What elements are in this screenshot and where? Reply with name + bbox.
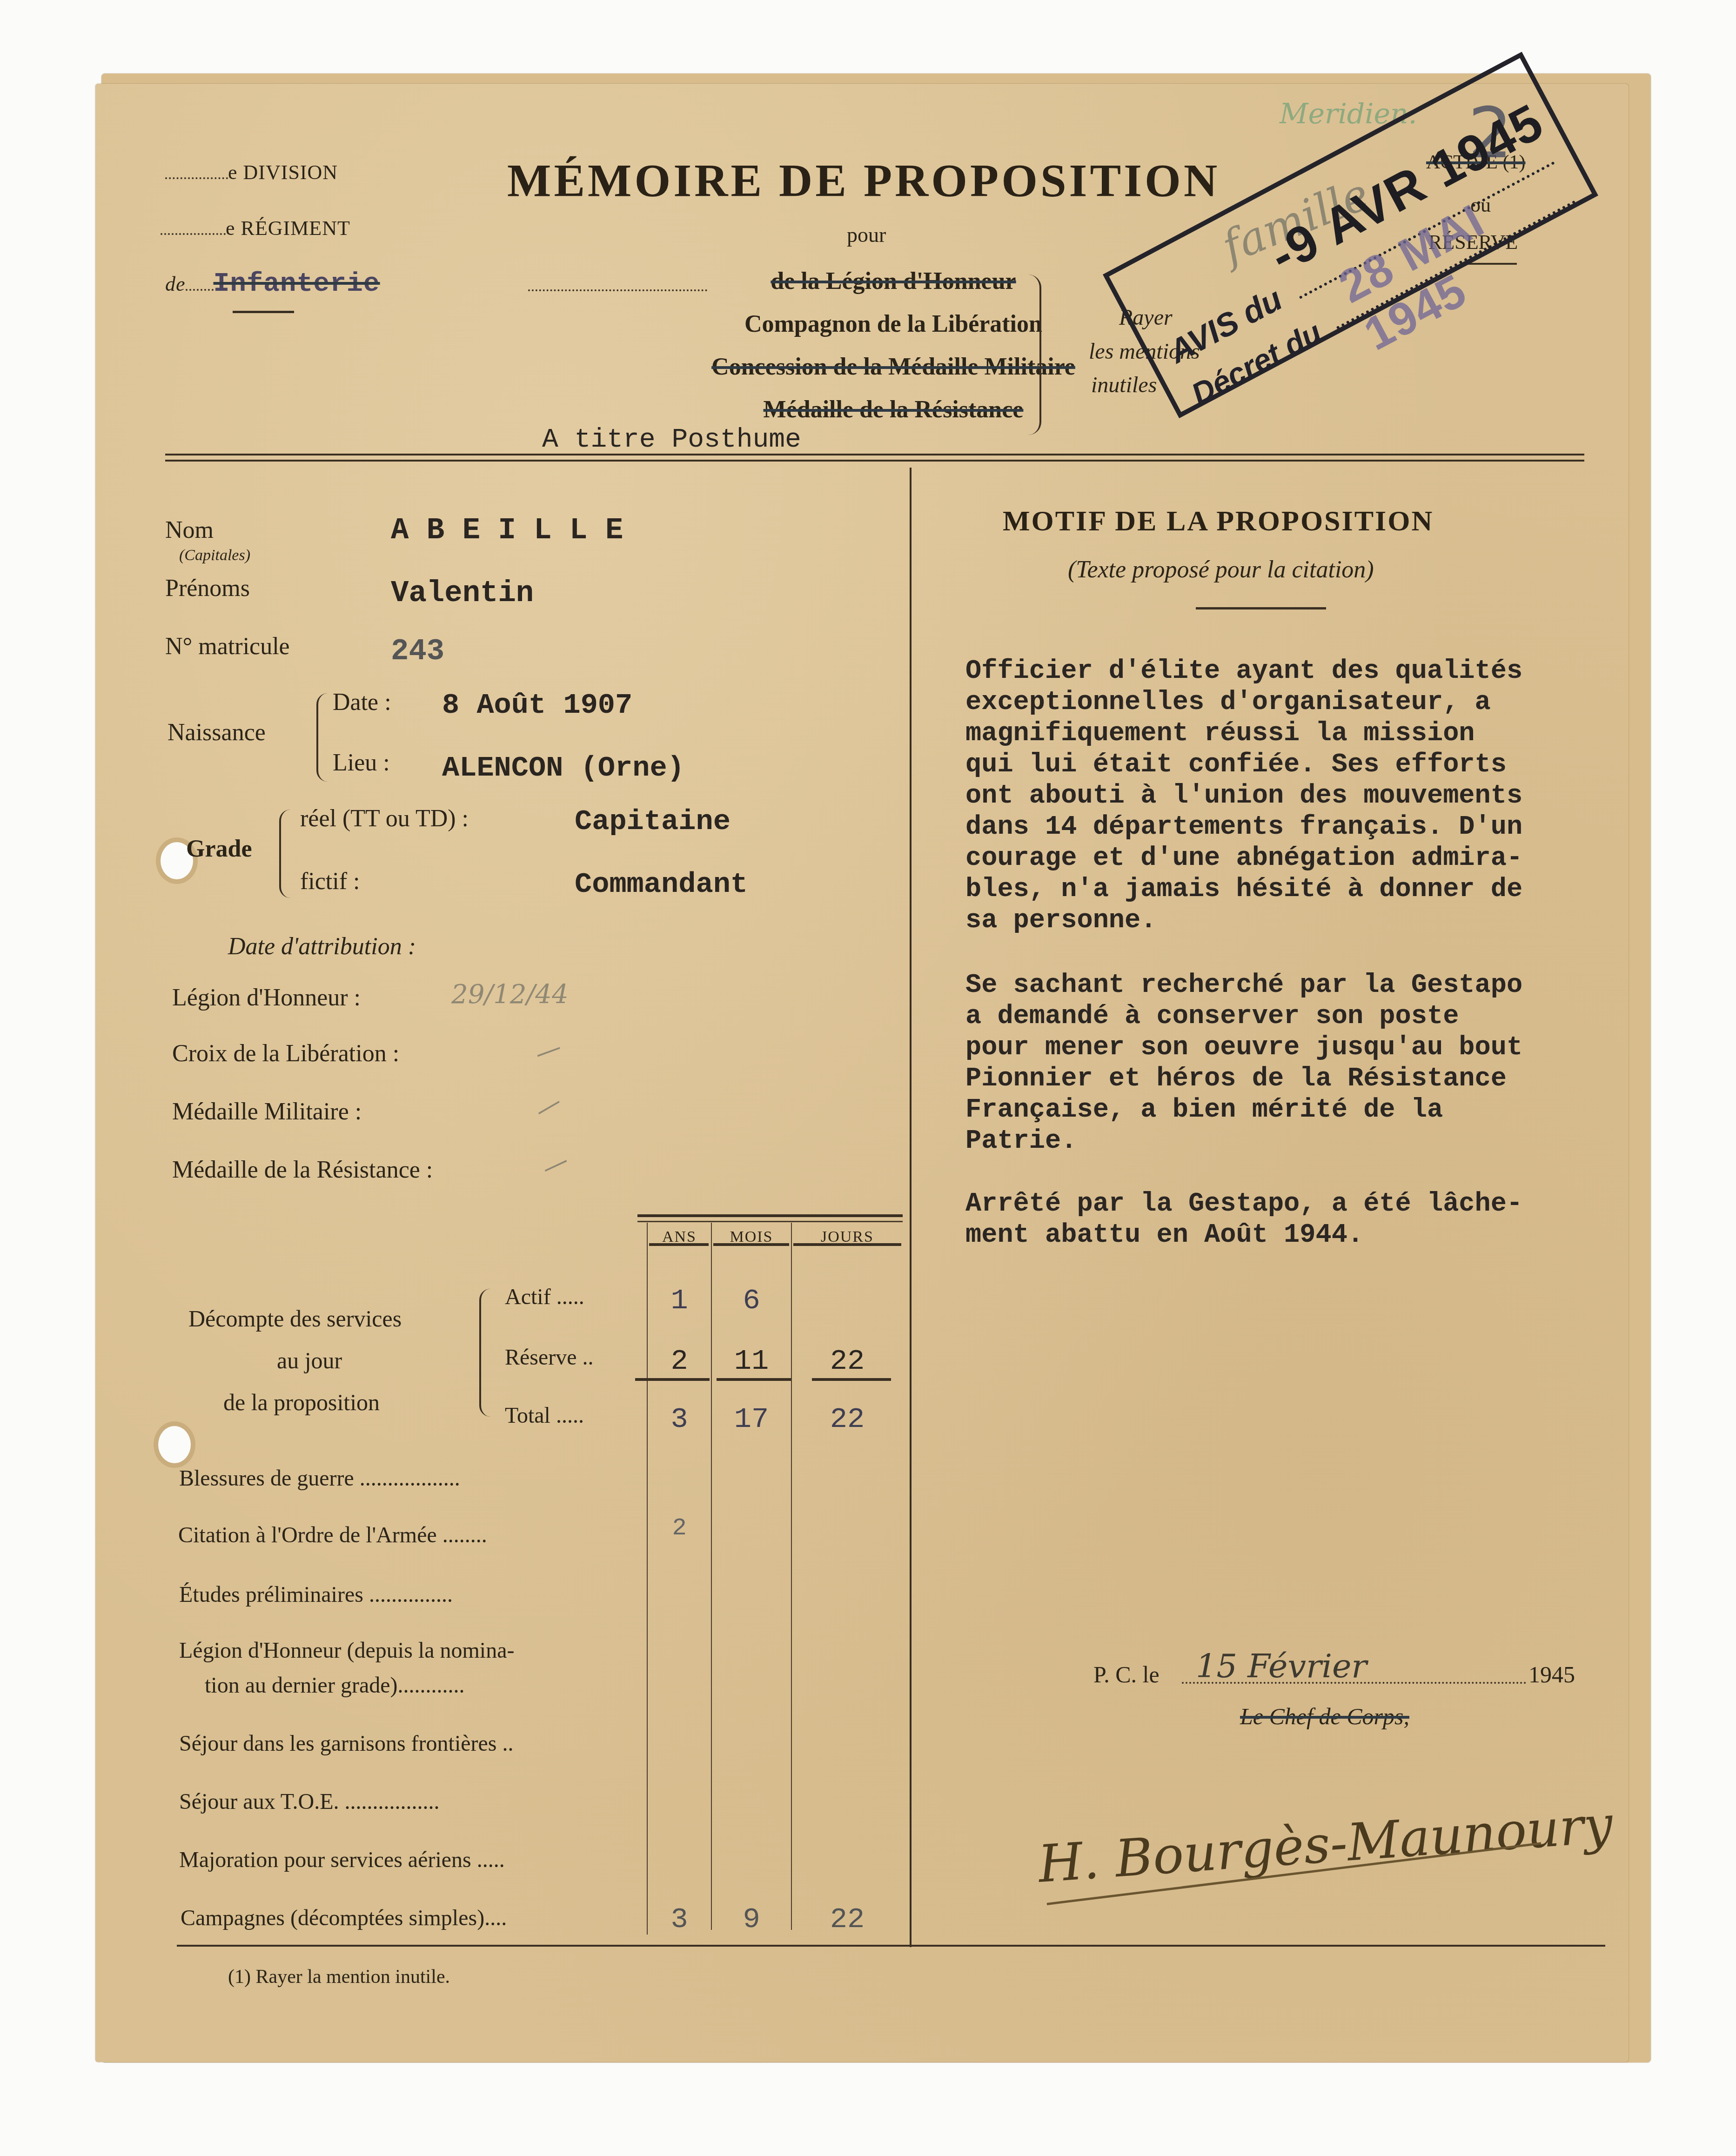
sum-underline-mois [717,1378,791,1381]
row-label-cont: tion au dernier grade)............ [205,1673,464,1698]
header-rule-bottom [165,460,1584,462]
attr-resistance-label: Médaille de la Résistance : [172,1156,433,1184]
arm-prefix: de [165,273,186,295]
attr-croix-label: Croix de la Libération : [172,1040,399,1067]
cell-mois: 6 [712,1284,791,1317]
prenoms-value: Valentin [391,577,534,610]
motif-paragraph-3: Arrêté par la Gestapo, a été lâche- ment… [965,1189,1522,1251]
sum-underline-ans [635,1378,710,1381]
col-divider-jours [791,1223,792,1930]
cell-mois: 11 [712,1345,791,1378]
naissance-label: Naissance [168,719,266,746]
row-label: Séjour dans les garnisons frontières .. [179,1731,514,1756]
row-label: Réserve .. [505,1345,594,1370]
motif-paragraph-2: Se sachant recherché par la Gestapo a de… [965,970,1522,1157]
sum-underline-jours [812,1378,891,1381]
punch-hole [158,1426,191,1463]
col-underline-jours [793,1243,901,1246]
footer-rule [177,1945,1605,1947]
grade-brace [279,810,290,898]
grade-fictif-value: Commandant [575,868,748,901]
attr-legion-value: 29/12/44 [451,979,569,1010]
col-divider-ans [647,1223,648,1935]
regiment-label: e RÉGIMENT [226,217,350,240]
attribution-title: Date d'attribution : [228,933,416,960]
row-label: Études préliminaires ............... [179,1582,453,1607]
grade-label: Grade [186,835,252,863]
cell-ans: 1 [648,1284,711,1317]
medal-brace [1028,275,1041,435]
row-label: Citation à l'Ordre de l'Armée ........ [178,1522,487,1548]
row-label: Total ..... [505,1403,584,1428]
column-divider [910,468,912,1947]
arm-underline [233,311,294,313]
birth-date-label: Date : [333,689,391,716]
motif-paragraph-1: Officier d'élite ayant des qualités exce… [965,656,1522,937]
matricule-label: N° matricule [165,633,290,660]
services-group-label-3: de la proposition [223,1389,380,1416]
arm-line: deInfanterie [165,269,380,299]
cell-jours: 22 [792,1903,903,1936]
col-underline-ans [649,1243,709,1246]
services-rule-top2 [637,1221,903,1222]
col-underline-mois [713,1243,789,1246]
medal-option-medaille-militaire: Concession de la Médaille Militaire [679,353,1107,396]
services-brace [479,1289,490,1417]
cell-ans: 3 [648,1403,711,1436]
posthumous-mention: A titre Posthume [542,425,801,455]
regiment-line: e RÉGIMENT [161,216,350,240]
pour-label: pour [847,222,886,247]
division-blank [165,177,228,179]
services-group-label-2: au jour [277,1347,342,1374]
grade-reel-value: Capitaine [575,805,731,838]
matricule-value: 243 [391,635,444,669]
cell-ans: 2 [648,1345,711,1378]
medal-option-compagnon: Compagnon de la Libération [679,310,1107,353]
cell-jours: 22 [792,1345,903,1378]
medal-option-legion: de la Légion d'Honneur [679,268,1107,310]
row-label: Légion d'Honneur (depuis la nomina- [179,1638,514,1663]
motif-subtitle: (Texte proposé pour la citation) [1068,556,1374,583]
cell-mois: 9 [712,1903,791,1936]
motif-subtitle-rule [1196,607,1326,609]
signing-date: 15 Février [1196,1647,1367,1685]
cell-ans: 2 [648,1514,711,1542]
grade-reel-label: réel (TT ou TD) : [300,805,469,832]
division-line: e DIVISION [165,161,338,184]
services-group-label-1: Décompte des services [188,1305,402,1332]
birth-date-value: 8 Août 1907 [442,689,632,722]
medal-options: de la Légion d'Honneur Compagnon de la L… [679,268,1107,428]
arm-blank [186,289,214,291]
medal-option-resistance: Médaille de la Résistance [679,396,1107,428]
cell-jours: 22 [792,1403,903,1436]
nom-label: Nom [165,516,214,544]
row-label: Majoration pour services aériens ..... [179,1847,505,1873]
birth-place-value: ALENCON (Orne) [442,751,684,784]
attr-legion-label: Légion d'Honneur : [172,984,361,1011]
naissance-brace [316,693,328,782]
row-label: Séjour aux T.O.E. ................. [179,1789,440,1815]
grade-fictif-label: fictif : [300,868,360,895]
chef-de-corps-struck: Le Chef de Corps, [1240,1703,1409,1730]
header-rule-top [165,454,1584,455]
footnote: (1) Rayer la mention inutile. [228,1966,450,1988]
document-title: MÉMOIRE DE PROPOSITION [507,154,1220,207]
nom-hint: (Capitales) [179,547,250,564]
cell-ans: 3 [648,1903,711,1936]
row-label: Actif ..... [505,1284,584,1310]
motif-title: MOTIF DE LA PROPOSITION [1003,505,1434,538]
arm-value: Infanterie [214,269,380,299]
row-label: Blessures de guerre .................. [179,1466,460,1491]
division-label: e DIVISION [228,161,338,184]
col-divider-mois [711,1223,712,1930]
birth-place-label: Lieu : [333,749,390,777]
services-rule-top [637,1214,903,1217]
place-prefix: P. C. le [1093,1661,1160,1688]
signing-year: 1945 [1528,1661,1575,1688]
nom-value: A B E I L L E [391,514,623,548]
rayer-note-3: inutiles [1091,372,1157,398]
attr-mm-label: Médaille Militaire : [172,1098,362,1125]
regiment-blank [161,233,226,235]
cell-mois: 17 [712,1403,791,1436]
prenoms-label: Prénoms [165,575,250,602]
row-label: Campagnes (décomptées simples).... [181,1905,507,1931]
